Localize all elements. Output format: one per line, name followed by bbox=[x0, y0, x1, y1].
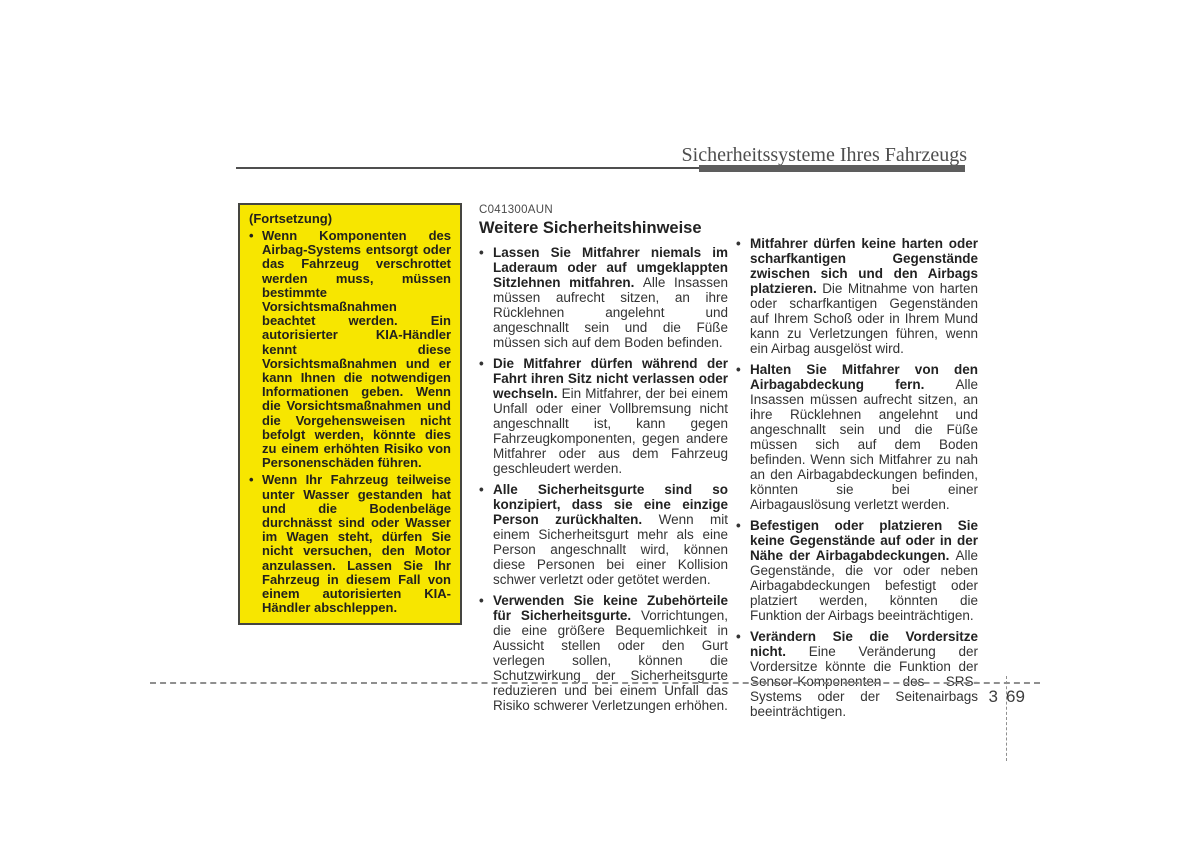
middle-column: C041300AUN Weitere Sicherheitshinweise •… bbox=[479, 204, 728, 719]
list-item: •Lassen Sie Mitfahrer niemals im Laderau… bbox=[479, 245, 728, 350]
page-header-title: Sicherheitssysteme Ihres Fahrzeugs bbox=[682, 144, 967, 167]
right-column-list: •Mitfahrer dürfen keine harten oder scha… bbox=[736, 236, 978, 719]
page-number-value: 69 bbox=[1006, 687, 1025, 707]
bullet-icon: • bbox=[479, 482, 484, 497]
bullet-icon: • bbox=[249, 229, 254, 243]
bullet-icon: • bbox=[736, 518, 741, 533]
warning-box: (Fortsetzung) •Wenn Komponenten des Airb… bbox=[238, 203, 462, 625]
header-rule-thick bbox=[699, 165, 965, 172]
list-item: •Befestigen oder platzieren Sie keine Ge… bbox=[736, 518, 978, 623]
list-item-text: Wenn Komponenten des Airbag-Systems ents… bbox=[262, 228, 451, 470]
bullet-icon: • bbox=[479, 593, 484, 608]
section-heading: Weitere Sicherheitshinweise bbox=[479, 219, 728, 238]
list-item: •Wenn Ihr Fahrzeug teilweise unter Wasse… bbox=[249, 473, 451, 615]
list-item-text: Wenn Ihr Fahrzeug teilweise unter Wasser… bbox=[262, 472, 451, 615]
bullet-icon: • bbox=[249, 473, 254, 487]
list-item-text: Alle Insassen müssen aufrecht sitzen, an… bbox=[750, 377, 978, 512]
bullet-icon: • bbox=[479, 245, 484, 260]
list-item-lead: Halten Sie Mitfahrer von den Airbagabdec… bbox=[750, 362, 978, 392]
section-code: C041300AUN bbox=[479, 204, 728, 216]
list-item: •Halten Sie Mitfahrer von den Airbagabde… bbox=[736, 362, 978, 512]
bullet-icon: • bbox=[736, 236, 741, 251]
list-item: •Alle Sicherheitsgurte sind so konzipier… bbox=[479, 482, 728, 587]
list-item: •Mitfahrer dürfen keine harten oder scha… bbox=[736, 236, 978, 356]
manual-page: Sicherheitssysteme Ihres Fahrzeugs (Fort… bbox=[0, 0, 1200, 848]
warning-box-list: •Wenn Komponenten des Airbag-Systems ent… bbox=[249, 229, 451, 615]
list-item: •Verändern Sie die Vordersitze nicht. Ei… bbox=[736, 629, 978, 719]
bullet-icon: • bbox=[736, 362, 741, 377]
list-item: •Verwenden Sie keine Zubehörteile für Si… bbox=[479, 593, 728, 713]
chapter-number: 3 bbox=[989, 687, 998, 707]
list-item-lead: Befestigen oder platzieren Sie keine Geg… bbox=[750, 518, 978, 563]
list-item-text: Vorrichtungen, die eine größere Bequemli… bbox=[493, 608, 728, 713]
bullet-icon: • bbox=[479, 356, 484, 371]
list-item: •Die Mitfahrer dürfen während der Fahrt … bbox=[479, 356, 728, 476]
footer-dashed-line bbox=[150, 682, 1040, 684]
bullet-icon: • bbox=[736, 629, 741, 644]
middle-column-list: •Lassen Sie Mitfahrer niemals im Laderau… bbox=[479, 245, 728, 713]
list-item: •Wenn Komponenten des Airbag-Systems ent… bbox=[249, 229, 451, 470]
warning-box-title: (Fortsetzung) bbox=[249, 211, 451, 226]
right-column: •Mitfahrer dürfen keine harten oder scha… bbox=[736, 236, 978, 725]
